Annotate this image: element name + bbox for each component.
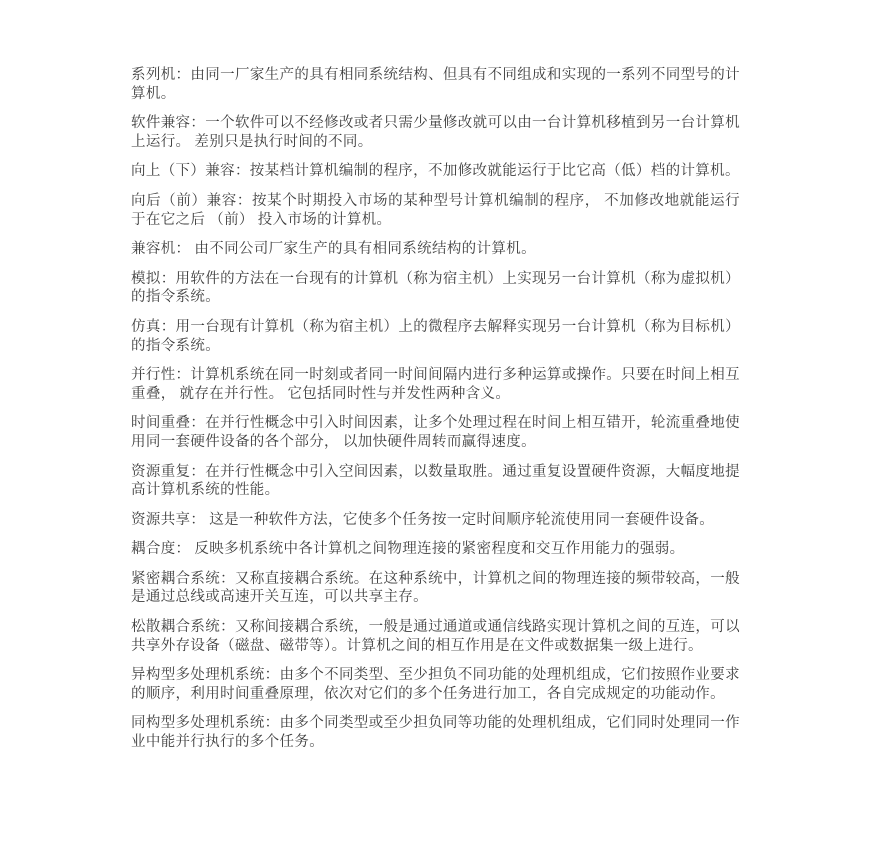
definition-paragraph-loosely-coupled-system: 松散耦合系统：又称间接耦合系统，一般是通过通道或通信线路实现计算机之间的互连，可…	[131, 618, 740, 655]
definition-paragraph-resource-duplication: 资源重复：在并行性概念中引入空间因素，以数量取胜。通过重复设置硬件资源，大幅度地…	[131, 463, 740, 500]
definition-paragraph-upward-downward-compatibility: 向上（下）兼容：按某档计算机编制的程序，不加修改就能运行于比它高（低）档的计算机…	[131, 162, 740, 181]
definition-paragraph-emulation: 仿真：用一台现有计算机（称为宿主机）上的微程序去解释实现另一台计算机（称为目标机…	[131, 318, 740, 355]
definition-paragraph-series-machine: 系列机：由同一厂家生产的具有相同系统结构、但具有不同组成和实现的一系列不同型号的…	[131, 66, 740, 103]
definition-paragraph-resource-sharing: 资源共享： 这是一种软件方法，它使多个任务按一定时间顺序轮流使用同一套硬件设备。	[131, 511, 740, 530]
definition-paragraph-tightly-coupled-system: 紧密耦合系统：又称直接耦合系统。在这种系统中，计算机之间的物理连接的频带较高，一…	[131, 570, 740, 607]
definition-paragraph-software-compatibility: 软件兼容：一个软件可以不经修改或者只需少量修改就可以由一台计算机移植到另一台计算…	[131, 114, 740, 151]
definition-paragraph-compatible-machine: 兼容机： 由不同公司厂家生产的具有相同系统结构的计算机。	[131, 240, 740, 259]
definition-paragraph-time-overlap: 时间重叠：在并行性概念中引入时间因素，让多个处理过程在时间上相互错开，轮流重叠地…	[131, 414, 740, 451]
definition-paragraph-coupling-degree: 耦合度： 反映多机系统中各计算机之间物理连接的紧密程度和交互作用能力的强弱。	[131, 540, 740, 559]
definition-paragraph-simulation: 模拟：用软件的方法在一台现有的计算机（称为宿主机）上实现另一台计算机（称为虚拟机…	[131, 270, 740, 307]
definition-paragraph-backward-forward-compatibility: 向后（前）兼容：按某个时期投入市场的某种型号计算机编制的程序， 不加修改地就能运…	[131, 192, 740, 229]
definition-paragraph-heterogeneous-multiprocessor: 异构型多处理机系统：由多个不同类型、至少担负不同功能的处理机组成，它们按照作业要…	[131, 666, 740, 703]
document-page: 系列机：由同一厂家生产的具有相同系统结构、但具有不同组成和实现的一系列不同型号的…	[131, 66, 740, 752]
definition-paragraph-parallelism: 并行性：计算机系统在同一时刻或者同一时间间隔内进行多种运算或操作。只要在时间上相…	[131, 366, 740, 403]
definition-paragraph-homogeneous-multiprocessor: 同构型多处理机系统：由多个同类型或至少担负同等功能的处理机组成，它们同时处理同一…	[131, 714, 740, 751]
